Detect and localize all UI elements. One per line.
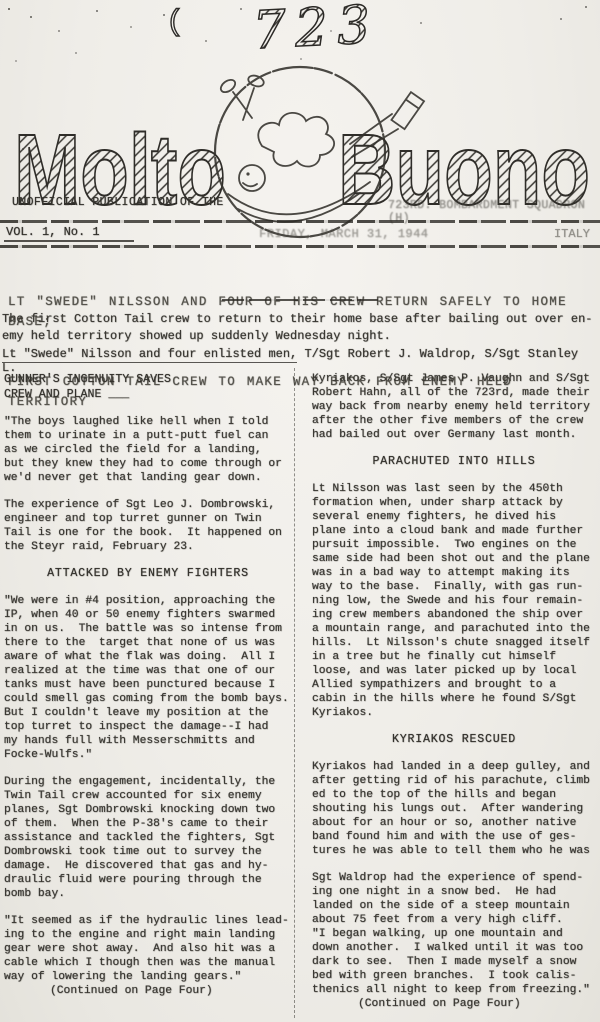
article-paragraph: Kyriakos had landed in a deep gulley, an… — [312, 760, 596, 858]
article-paragraph: Lt Nilsson was last seen by the 450th fo… — [312, 482, 596, 720]
date-label: FRIDAY, MARCH 31, 1944 — [259, 227, 428, 241]
article-paragraph: Kyriakos, S/Sgt James P. Vaughn and S/Sg… — [312, 372, 596, 442]
article-paragraph: "It seemed as if the hydraulic lines lea… — [4, 914, 292, 984]
article-columns: GUNNER'S INGENUITY SAVES CREW AND PLANE … — [2, 368, 598, 1018]
article-paragraph: "The boys laughed like hell when I told … — [4, 415, 292, 485]
handwritten-723: 723 ( — [0, 0, 600, 58]
headline-divider-rule — [222, 299, 378, 301]
left-column-heading: GUNNER'S INGENUITY SAVES CREW AND PLANE … — [4, 372, 292, 402]
article-paragraph: Sgt Waldrop had the experience of spend-… — [312, 871, 596, 997]
dateline-bar: VOL. 1, No. 1 FRIDAY, MARCH 31, 1944 ITA… — [0, 220, 600, 248]
volume-label: VOL. 1, No. 1 — [4, 225, 134, 242]
subhead-kyriakos-rescued: KYRIAKOS RESCUED — [312, 733, 596, 747]
subhead-parachuted-into-hills: PARACHUTED INTO HILLS — [312, 455, 596, 469]
bridge-underlined-text: Lt "Swede" Nilsson and four enlisted men… — [2, 347, 297, 363]
rule-bottom — [0, 245, 600, 248]
publication-line-left: UNOFFICIAL PUBLICATION OF THE — [12, 196, 224, 209]
place-label: ITALY — [554, 227, 594, 241]
continued-on-page-four: (Continued on Page Four) — [312, 997, 596, 1011]
article-paragraph: "We were in #4 position, approaching the… — [4, 594, 292, 762]
article-paragraph: During the engagement, incidentally, the… — [4, 775, 292, 901]
newspaper-page: 723 ( Molto Buono — [0, 0, 600, 1022]
article-paragraph: The experience of Sgt Leo J. Dombrowski,… — [4, 498, 292, 554]
right-column: Kyriakos, S/Sgt James P. Vaughn and S/Sg… — [295, 368, 598, 1018]
continued-on-page-four: (Continued on Page Four) — [4, 984, 292, 998]
left-column: GUNNER'S INGENUITY SAVES CREW AND PLANE … — [2, 368, 295, 1018]
subhead-attacked-by-enemy-fighters: ATTACKED BY ENEMY FIGHTERS — [4, 567, 292, 581]
title-molto: Molto — [14, 114, 226, 226]
handwritten-number: 723 — [251, 0, 380, 58]
lead-paragraph: The first Cotton Tail crew to return to … — [2, 311, 596, 345]
stray-paren-mark: ( — [166, 6, 184, 40]
